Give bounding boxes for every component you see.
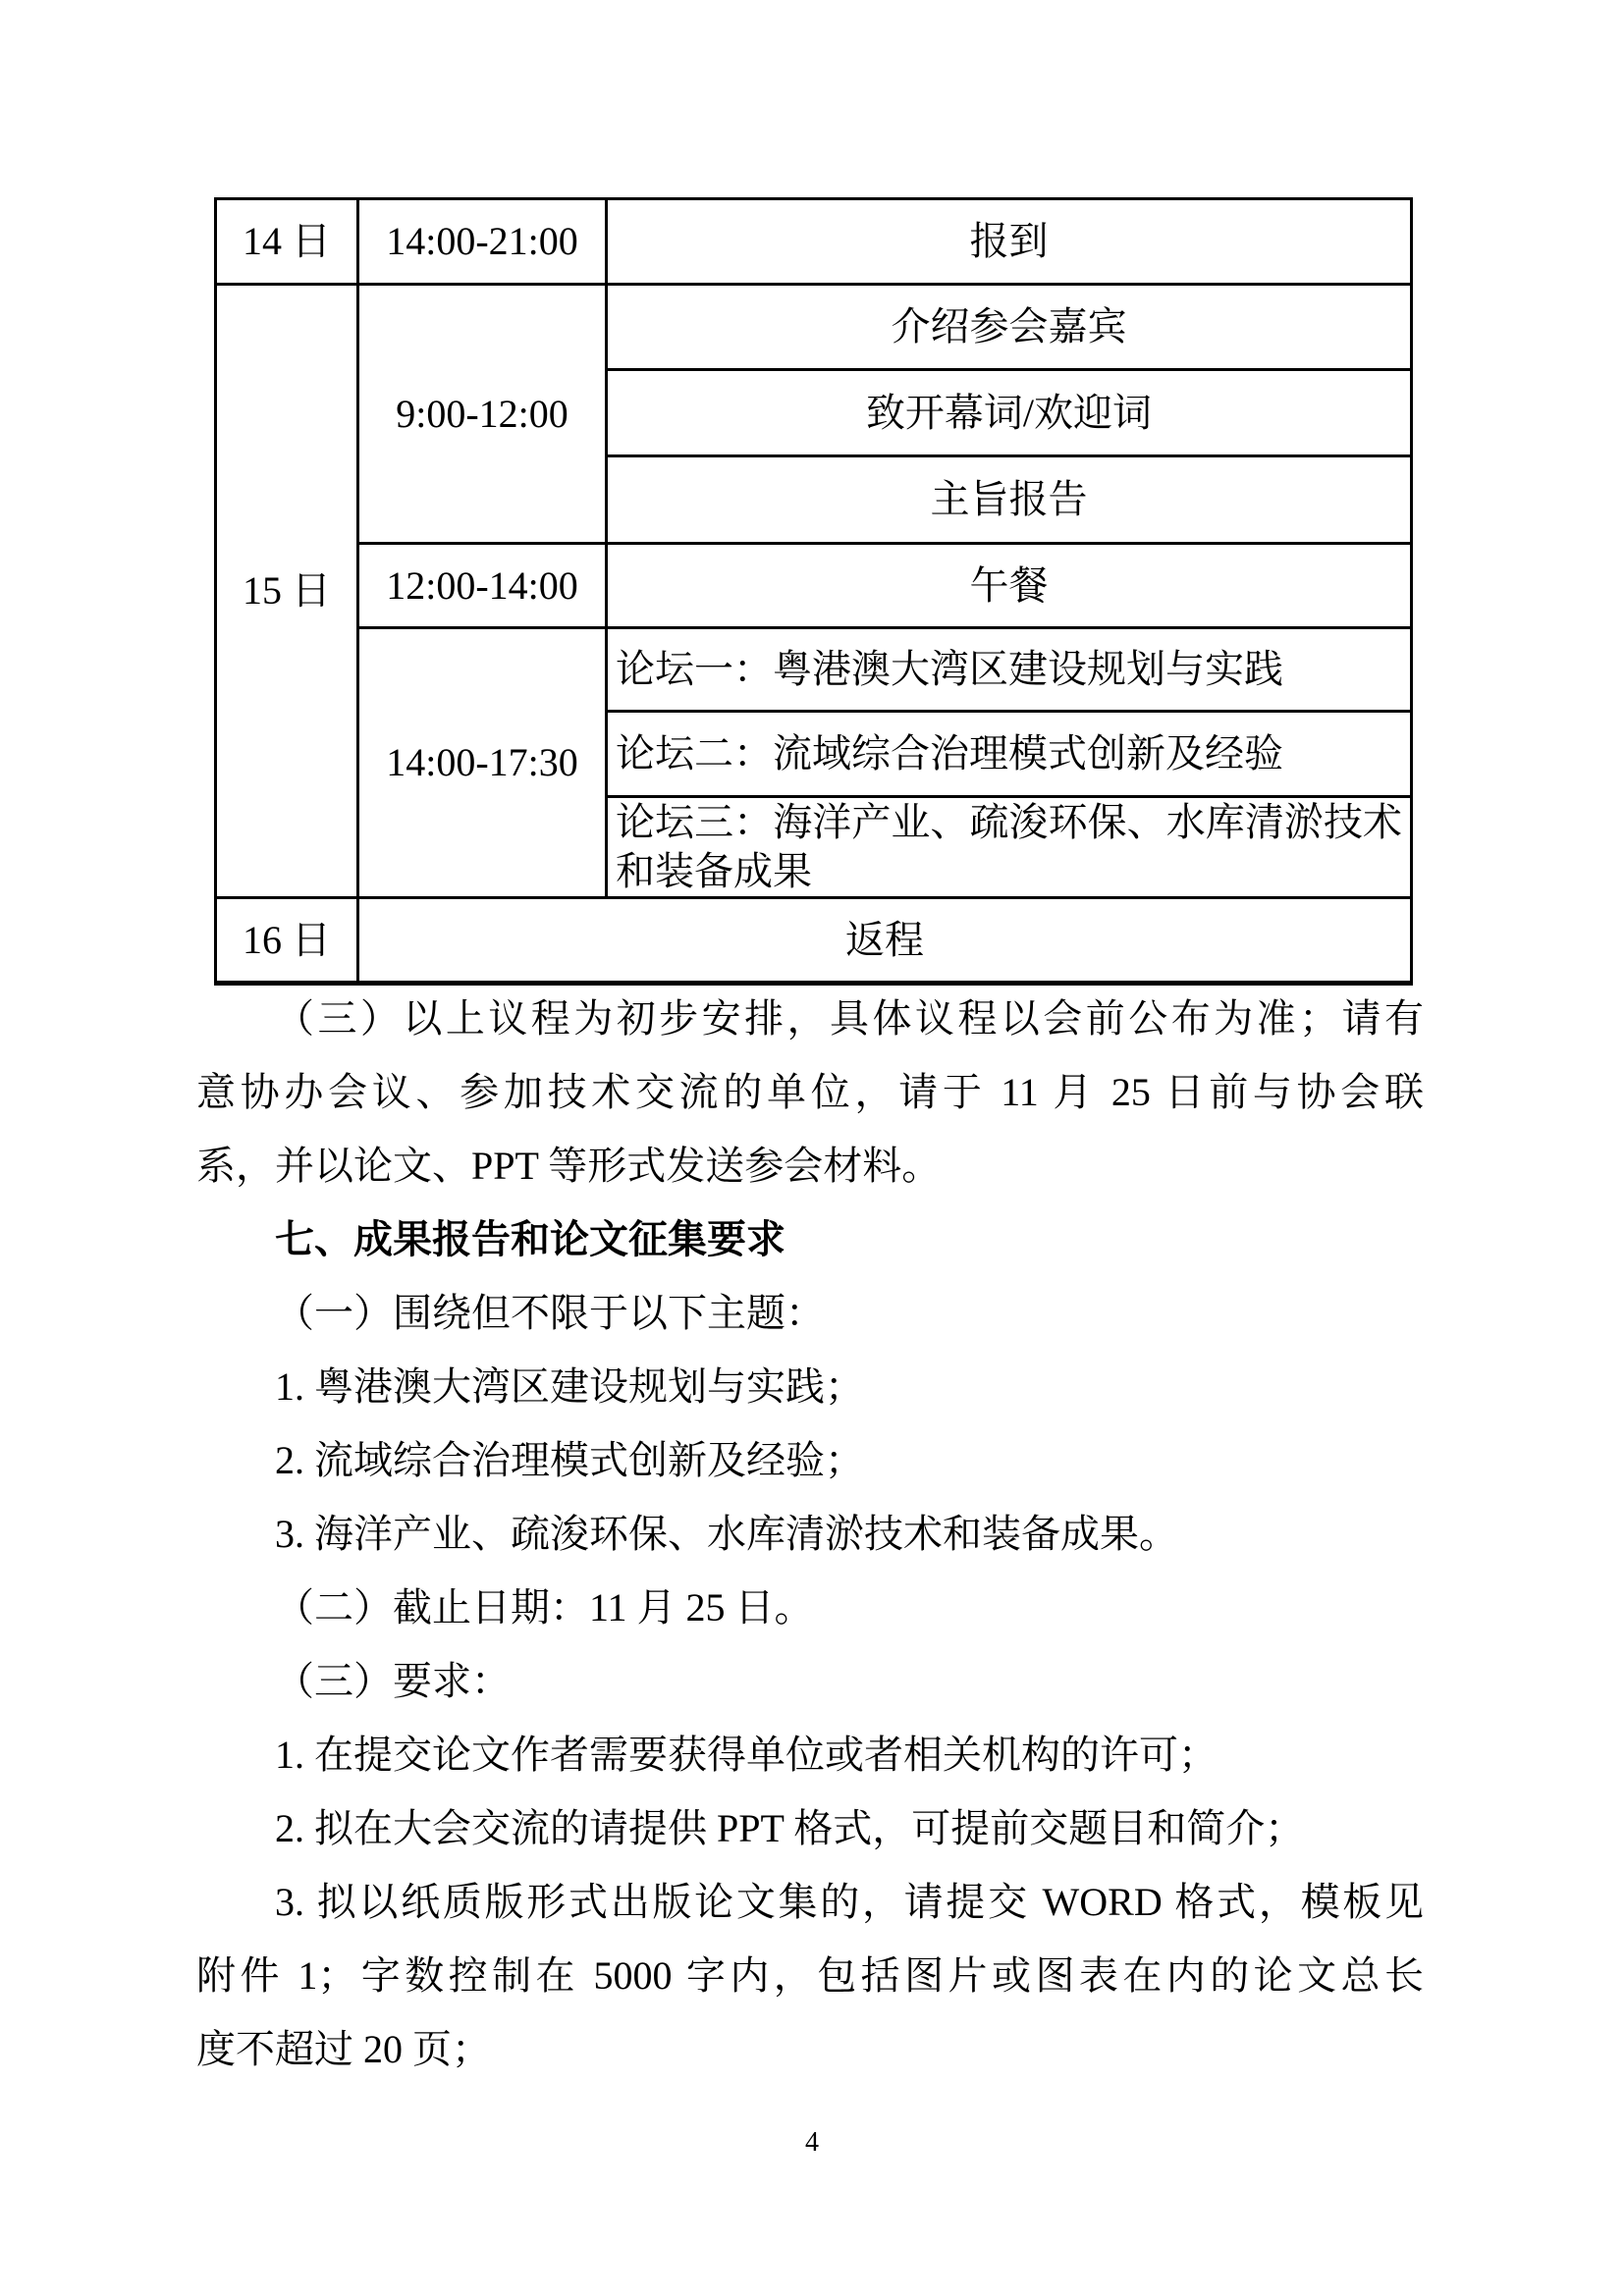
cell-activity-keynote: 主旨报告: [607, 456, 1412, 544]
list-item: 2. 拟在大会交流的请提供 PPT 格式，可提前交题目和简介；: [196, 1791, 1424, 1865]
paragraph-line: 系，并以论文、PPT 等形式发送参会材料。: [196, 1129, 1424, 1202]
body-text: （三）以上议程为初步安排，具体议程以会前公布为准；请有 意协办会议、参加技术交流…: [196, 982, 1424, 2086]
cell-activity-return: 返程: [358, 898, 1412, 984]
table-row: 12:00-14:00 午餐: [216, 544, 1412, 628]
table-row: 14:00-17:30 论坛一：粤港澳大湾区建设规划与实践: [216, 628, 1412, 712]
paragraph-line: （三）以上议程为初步安排，具体议程以会前公布为准；请有: [196, 982, 1424, 1055]
cell-time-day14: 14:00-21:00: [358, 199, 607, 285]
cell-activity-forum3: 论坛三：海洋产业、疏浚环保、水库清淤技术和装备成果: [607, 797, 1412, 898]
list-item: 1. 粤港澳大湾区建设规划与实践；: [196, 1350, 1424, 1423]
cell-time-noon: 12:00-14:00: [358, 544, 607, 628]
table-row: 15 日 9:00-12:00 介绍参会嘉宾: [216, 285, 1412, 370]
cell-activity-opening-speech: 致开幕词/欢迎词: [607, 370, 1412, 456]
cell-day-15: 15 日: [216, 285, 358, 898]
cell-day-16: 16 日: [216, 898, 358, 984]
table-row: 14 日 14:00-21:00 报到: [216, 199, 1412, 285]
paragraph-line: 意协办会议、参加技术交流的单位，请于 11 月 25 日前与协会联: [196, 1055, 1424, 1129]
cell-day-14: 14 日: [216, 199, 358, 285]
list-item: （一）围绕但不限于以下主题：: [196, 1276, 1424, 1350]
table-row: 16 日 返程: [216, 898, 1412, 984]
cell-activity-checkin: 报到: [607, 199, 1412, 285]
paragraph-line: 附件 1；字数控制在 5000 字内，包括图片或图表在内的论文总长: [196, 1939, 1424, 2012]
schedule-table: 14 日 14:00-21:00 报到 15 日 9:00-12:00 介绍参会…: [214, 197, 1413, 986]
cell-time-morning: 9:00-12:00: [358, 285, 607, 544]
paragraph-line: 度不超过 20 页；: [196, 2012, 1424, 2086]
page-number: 4: [0, 2118, 1624, 2167]
cell-activity-forum1: 论坛一：粤港澳大湾区建设规划与实践: [607, 628, 1412, 712]
list-item: （二）截止日期：11 月 25 日。: [196, 1571, 1424, 1644]
cell-activity-guest-intro: 介绍参会嘉宾: [607, 285, 1412, 370]
list-item: 1. 在提交论文作者需要获得单位或者相关机构的许可；: [196, 1718, 1424, 1791]
list-item: 2. 流域综合治理模式创新及经验；: [196, 1423, 1424, 1497]
list-item: （三）要求：: [196, 1644, 1424, 1718]
cell-activity-forum2: 论坛二：流域综合治理模式创新及经验: [607, 712, 1412, 797]
cell-time-afternoon: 14:00-17:30: [358, 628, 607, 898]
section-heading: 七、成果报告和论文征集要求: [196, 1202, 1424, 1276]
cell-activity-lunch: 午餐: [607, 544, 1412, 628]
list-item: 3. 海洋产业、疏浚环保、水库清淤技术和装备成果。: [196, 1497, 1424, 1571]
paragraph-line: 3. 拟以纸质版形式出版论文集的，请提交 WORD 格式，模板见: [196, 1865, 1424, 1939]
